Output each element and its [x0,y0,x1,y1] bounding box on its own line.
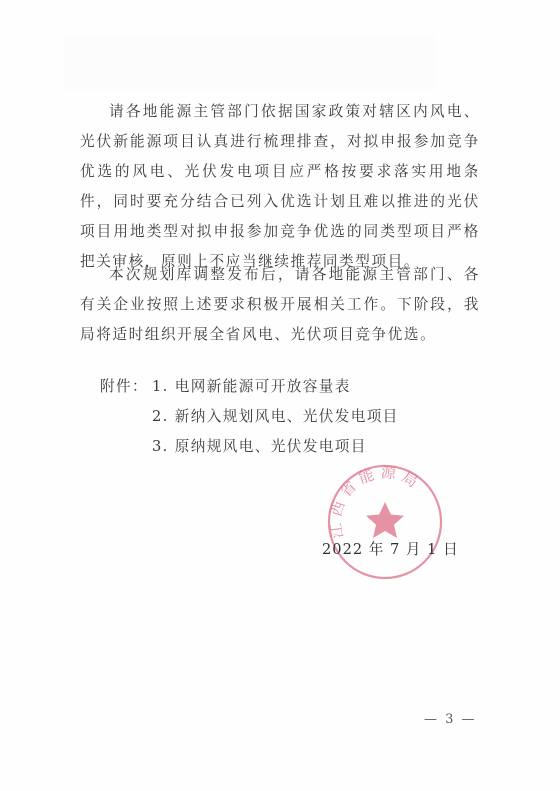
attachment-item-1: 1. 电网新能源可开放容量表 [152,372,351,402]
document-page: 请各地能源主管部门依据国家政策对辖区内风电、光伏新能源项目认真进行梳理排查，对拟… [0,0,560,791]
page-number: — 3 — [424,712,477,727]
official-seal-icon: 江西省能源局 [325,462,445,582]
paragraph-next-steps: 本次规划库调整发布后，请各地能源主管部门、各有关企业按照上述要求积极开展相关工作… [80,260,480,350]
paragraph-land-review: 请各地能源主管部门依据国家政策对辖区内风电、光伏新能源项目认真进行梳理排查，对拟… [80,97,480,277]
attachment-item-3: 3. 原纳规风电、光伏发电项目 [152,432,367,462]
issue-date: 2022 年 7 月 1 日 [322,538,459,559]
paragraph-text: 本次规划库调整发布后，请各地能源主管部门、各有关企业按照上述要求积极开展相关工作… [80,260,480,350]
attachments-list: 附件： 1. 电网新能源可开放容量表 2. 新纳入规划风电、光伏发电项目 3. … [100,372,399,462]
redacted-header-area [65,35,435,90]
paragraph-text: 请各地能源主管部门依据国家政策对辖区内风电、光伏新能源项目认真进行梳理排查，对拟… [80,97,480,277]
attachments-label: 附件： [100,372,152,402]
attachment-item-2: 2. 新纳入规划风电、光伏发电项目 [152,402,399,432]
